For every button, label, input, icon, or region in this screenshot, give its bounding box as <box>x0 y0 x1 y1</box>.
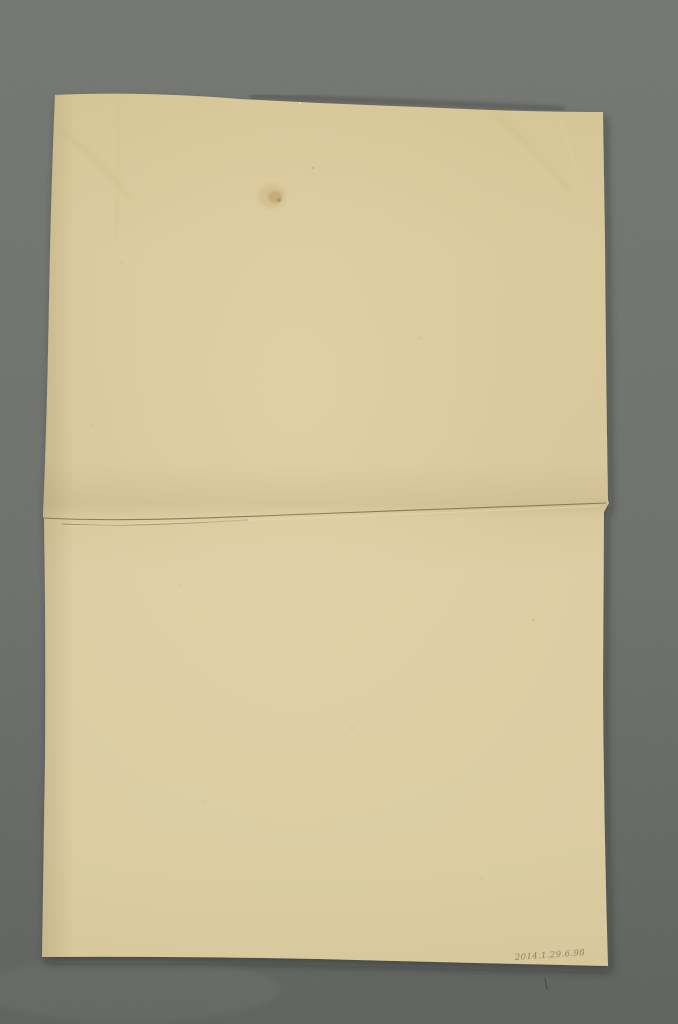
speckle <box>312 167 314 169</box>
paper-sheen <box>40 90 612 970</box>
speckle <box>121 261 123 263</box>
speckle <box>91 424 93 426</box>
speckle <box>532 619 534 621</box>
edge-fleck <box>299 102 301 104</box>
stain-speck <box>277 198 281 202</box>
speckle <box>419 337 421 339</box>
speckle <box>481 877 483 879</box>
speckle <box>564 159 566 161</box>
speckle <box>449 469 451 471</box>
speckle <box>351 727 353 729</box>
stain-mark <box>258 184 286 208</box>
speckle <box>179 584 181 586</box>
archival-photograph: 2014.1.29.6.98 <box>0 0 678 1024</box>
speckle <box>204 801 206 803</box>
